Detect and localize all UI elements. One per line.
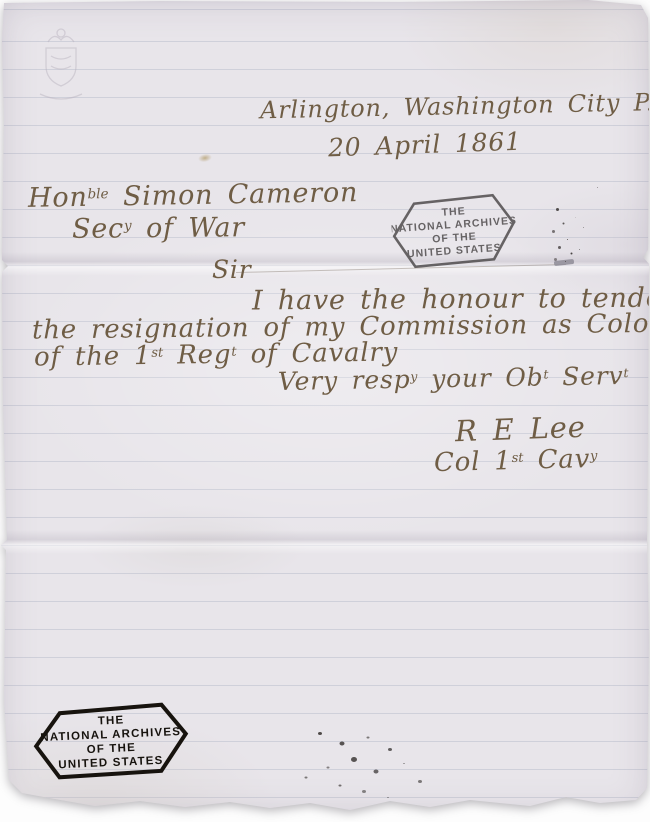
signature-title-a: Col 1 xyxy=(434,446,512,478)
addressee-title-rest: of War xyxy=(132,212,246,244)
closing-b: your Ob xyxy=(417,362,544,393)
body-line-3-sup-1: st xyxy=(151,346,163,361)
national-archives-stamp-top: THE NATIONAL ARCHIVES OF THE UNITED STAT… xyxy=(390,190,519,272)
salutation: Sir xyxy=(212,255,251,284)
closing-a: Very resp xyxy=(278,365,411,396)
addressee-name-superscript: ble xyxy=(87,186,108,202)
fold-crease-lower xyxy=(0,530,650,554)
embossed-seal-icon xyxy=(26,20,96,112)
stamp-line-1: THE xyxy=(441,205,466,219)
ink-spatter-bottom xyxy=(318,732,322,735)
stamp-line-2: NATIONAL ARCHIVES xyxy=(40,726,181,744)
body-line-3-b: Reg xyxy=(163,340,231,371)
letter-paper: Arlington, Washington City P.O. 20 April… xyxy=(0,0,650,816)
document-scan: Arlington, Washington City P.O. 20 April… xyxy=(0,0,650,822)
signature-title-sup-2: y xyxy=(590,449,598,464)
closing-line: Very respy your Obt Servt xyxy=(278,361,629,396)
addressee-name: Honble Simon Cameron xyxy=(28,177,359,214)
national-archives-stamp-bottom: THE NATIONAL ARCHIVES OF THE UNITED STAT… xyxy=(31,699,190,784)
signature-title: Col 1st Cavy xyxy=(434,444,598,478)
stamp-line-1: THE xyxy=(98,714,125,727)
stamp-line-4: UNITED STATES xyxy=(407,242,502,261)
addressee-title-superscript: y xyxy=(124,218,132,234)
stamp-line-3: OF THE xyxy=(86,742,136,756)
addressee-title: Secy of War xyxy=(72,212,245,245)
addressee-name-rest: Simon Cameron xyxy=(108,177,358,212)
closing-sup-3: t xyxy=(623,365,628,380)
stamp-line-4: UNITED STATES xyxy=(58,755,164,772)
ink-spatter-right xyxy=(556,208,559,211)
signature-title-b: Cav xyxy=(523,444,590,476)
body-line-3-a: of the 1 xyxy=(34,341,152,373)
signature-title-sup-1: st xyxy=(511,451,523,466)
addressee-title-text: Sec xyxy=(72,213,124,244)
signature: R E Lee xyxy=(454,410,586,449)
closing-c: Serv xyxy=(548,361,623,391)
addressee-name-text: Hon xyxy=(28,182,88,214)
